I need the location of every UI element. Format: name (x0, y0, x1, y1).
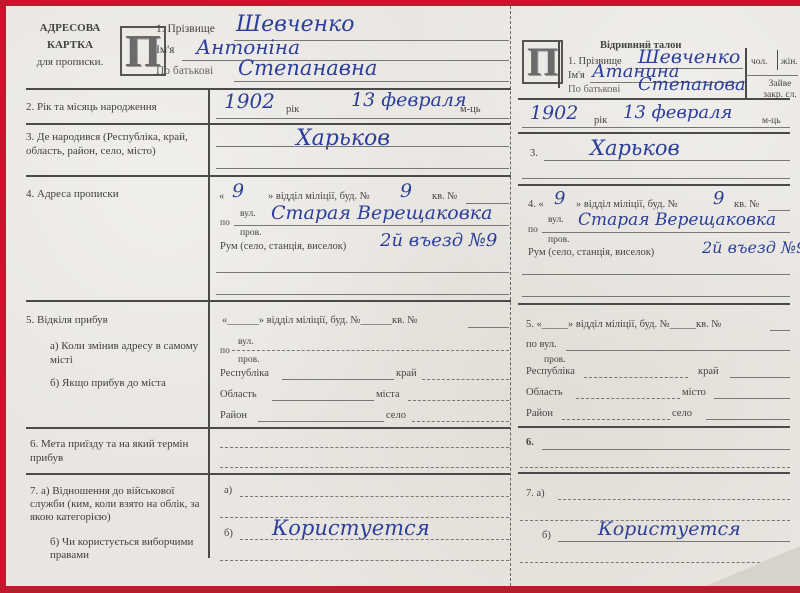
divider (518, 98, 790, 100)
coupon-q5-street-line (566, 350, 790, 351)
q5-raion-line (258, 421, 384, 422)
coupon-q7b-line2 (520, 562, 790, 563)
q5-line1: «______» відділ міліції, буд. №______кв.… (222, 315, 417, 326)
stamp-letter-right: П (522, 40, 563, 84)
coupon-q3-line (544, 160, 790, 161)
coupon-q4-rum-label: Рум (село, станція, виселок) (528, 247, 654, 258)
divider (26, 473, 511, 475)
q3-label: 3. Де народився (Республіка, край, облас… (26, 130, 206, 158)
q4-label: 4. Адреса прописки (26, 187, 119, 201)
q4-street-value[interactable]: Старая Верещаковка (271, 202, 492, 224)
coupon-q2-year-value[interactable]: 1902 (530, 102, 578, 124)
coupon-q6-prefix: 6. (526, 437, 534, 448)
coupon-q2-month-label: м-ць (762, 116, 781, 126)
coupon-q5-city-label: місто (682, 387, 706, 398)
q5-raion-label: Район (220, 410, 247, 421)
q7a-label: 7. а) Відношення до військової служби (к… (30, 485, 208, 524)
q5-street-line (232, 350, 509, 351)
q2-month-label: м-ць (460, 104, 481, 115)
coupon-q5-apt-line (770, 330, 790, 331)
divider (26, 427, 511, 429)
q5a-label: а) Коли змінив адресу в самому місті (50, 339, 210, 367)
q2-year-value[interactable]: 1902 (224, 89, 275, 113)
coupon-q3-value[interactable]: Харьков (590, 136, 680, 160)
q5-street-label: вул. (238, 337, 254, 347)
name-label: Ім'я (156, 44, 174, 56)
card-title-line2: КАРТКА (20, 37, 120, 54)
q7a-line (240, 496, 509, 497)
q5-oblast-line (272, 400, 374, 401)
coupon-q5-krai-label: край (698, 366, 719, 377)
q5-oblast-label: Область (220, 389, 257, 400)
coupon-q5-republic-line (584, 377, 688, 378)
coupon-q7a-line (558, 499, 790, 500)
coupon-q5-raion-line (562, 419, 670, 420)
divider (518, 132, 790, 134)
coupon-q7a-prefix: 7. а) (526, 488, 545, 499)
coupon-q4-line3 (522, 274, 790, 275)
coupon-q5-city-line (714, 398, 790, 399)
stamp-divider (558, 42, 560, 88)
coupon-q5-po-street: по вул. (526, 339, 557, 350)
q5-apt-line (468, 327, 509, 328)
coupon-q5-krai-line (730, 377, 790, 378)
coupon-q4-lane-label: пров. (548, 235, 569, 245)
q4-rum-label: Рум (село, станція, виселок) (220, 241, 346, 252)
tear-line (510, 6, 511, 586)
q2-line (216, 118, 509, 119)
coupon-q4-building-value[interactable]: 9 (713, 188, 724, 209)
sex-divider (777, 50, 778, 70)
coupon-q7b-prefix: б) (542, 530, 551, 541)
coupon-q4-street-label: вул. (548, 215, 564, 225)
coupon-patronymic-value[interactable]: Степанова (638, 74, 746, 95)
divider (518, 184, 790, 186)
coupon-q7b-value[interactable]: Користуется (598, 518, 741, 540)
coupon-q5-oblast-label: Область (526, 387, 563, 398)
coupon-q4-rum-value[interactable]: 2й въезд №9 (702, 238, 800, 257)
q4-rum-value[interactable]: 2й въезд №9 (380, 230, 497, 251)
q7b-prefix: б) (224, 528, 233, 539)
divider (26, 300, 511, 302)
address-card: АДРЕСОВА КАРТКА для прописки. П 1. Прізв… (6, 6, 800, 586)
coupon-q4-line4 (522, 296, 790, 297)
q4-line1-text: » відділ міліції, буд. № (268, 191, 370, 202)
q7b-label: б) Чи користується виборчими правами (50, 536, 208, 562)
coupon-q4-prefix: 4. « (528, 199, 544, 210)
q5-po: по (220, 346, 230, 356)
coupon-q4-po: по (528, 225, 538, 235)
coupon-name-label: Ім'я (568, 70, 585, 81)
torn-corner (706, 546, 800, 586)
coupon-q5-village-label: село (672, 408, 692, 419)
q7b-line (240, 539, 509, 540)
q4-building-value[interactable]: 9 (400, 180, 412, 202)
q4-police-value[interactable]: 9 (232, 180, 244, 202)
card-title: АДРЕСОВА КАРТКА для прописки. (20, 20, 120, 71)
coupon-q5-raion-label: Район (526, 408, 553, 419)
q6-line1 (220, 447, 509, 448)
q5-city-line (408, 400, 509, 401)
q5-republic-line (282, 379, 394, 380)
q3-line1 (216, 146, 509, 147)
coupon-q5-lane-label: пров. (544, 355, 565, 365)
patronymic-line (234, 81, 509, 82)
q7a-prefix: а) (224, 485, 232, 496)
q2-month-value[interactable]: 13 февраля (351, 89, 467, 111)
coupon-q5-village-line (706, 419, 790, 420)
coupon-q6-line2 (520, 467, 790, 468)
sex-line (746, 75, 798, 76)
sex-female[interactable]: жін. (781, 57, 798, 67)
q5-village-label: село (386, 410, 406, 421)
q4-street-label: вул. (240, 209, 256, 219)
q5-lane-label: пров. (238, 355, 259, 365)
divider (518, 426, 790, 428)
q5-krai-line (422, 379, 509, 380)
coupon-q2-line (522, 127, 790, 128)
q5b-label: б) Якщо прибув до міста (50, 376, 210, 390)
coupon-q5-republic-label: Республіка (526, 366, 575, 377)
coupon-q4-street-value[interactable]: Старая Верещаковка (578, 210, 776, 230)
q6-line2 (220, 467, 509, 468)
q5-village-line (412, 421, 509, 422)
coupon-q3-prefix: 3. (530, 148, 538, 159)
q4-lane-label: пров. (240, 228, 261, 238)
q3-line2 (216, 168, 509, 169)
q4-apt-label: кв. № (432, 191, 457, 202)
q5-city-label: міста (376, 389, 400, 400)
q5-krai-label: край (396, 368, 417, 379)
divider (26, 175, 511, 177)
coupon-q4-street-line (542, 232, 790, 233)
q5-label: 5. Відкіля прибув (26, 313, 108, 327)
coupon-q5-line1: 5. «_____» відділ міліції, буд. №_____кв… (526, 319, 721, 330)
q4-line4 (216, 294, 509, 295)
card-title-line3: для прописки. (20, 54, 120, 71)
surname-label: 1. Прізвище (156, 23, 215, 35)
card-title-line1: АДРЕСОВА (20, 20, 120, 37)
surname-value[interactable]: Шевченко (236, 12, 355, 37)
coupon-q6-line (542, 449, 790, 450)
patronymic-label: По батькові (156, 65, 213, 77)
q2-label: 2. Рік та місяць народження (26, 100, 157, 114)
q7b-line2 (220, 560, 509, 561)
q5-republic-label: Республіка (220, 368, 269, 379)
q4-line3 (216, 272, 509, 273)
divider (26, 123, 511, 125)
coupon-q5-oblast-line (576, 398, 680, 399)
q4-quote: « (219, 191, 224, 202)
q4-street-line (234, 225, 509, 226)
q6-label: 6. Мета приїзду та на який термін прибув (30, 437, 206, 465)
q3-value[interactable]: Харьков (296, 126, 390, 151)
coupon-q3-line2 (522, 178, 790, 179)
column-divider (208, 88, 210, 558)
coupon-q7b-line (558, 541, 790, 542)
q4-po: по (220, 218, 230, 228)
divider (518, 303, 790, 305)
divider (518, 472, 790, 474)
coupon-q4-police-value[interactable]: 9 (554, 188, 565, 209)
coupon-q2-year-label: рік (594, 115, 607, 126)
coupon-patronymic-label: По батькові (568, 84, 620, 95)
patronymic-value[interactable]: Степанавна (238, 56, 377, 80)
q7b-value[interactable]: Користуется (272, 516, 430, 540)
coupon-q4-line1-text: » відділ міліції, буд. № (576, 199, 678, 210)
sex-male[interactable]: чол. (751, 57, 768, 67)
sex-box-divider (745, 48, 747, 98)
coupon-q4-apt-label: кв. № (734, 199, 759, 210)
q2-year-label: рік (286, 104, 299, 115)
coupon-q2-month-value[interactable]: 13 февраля (623, 102, 732, 123)
